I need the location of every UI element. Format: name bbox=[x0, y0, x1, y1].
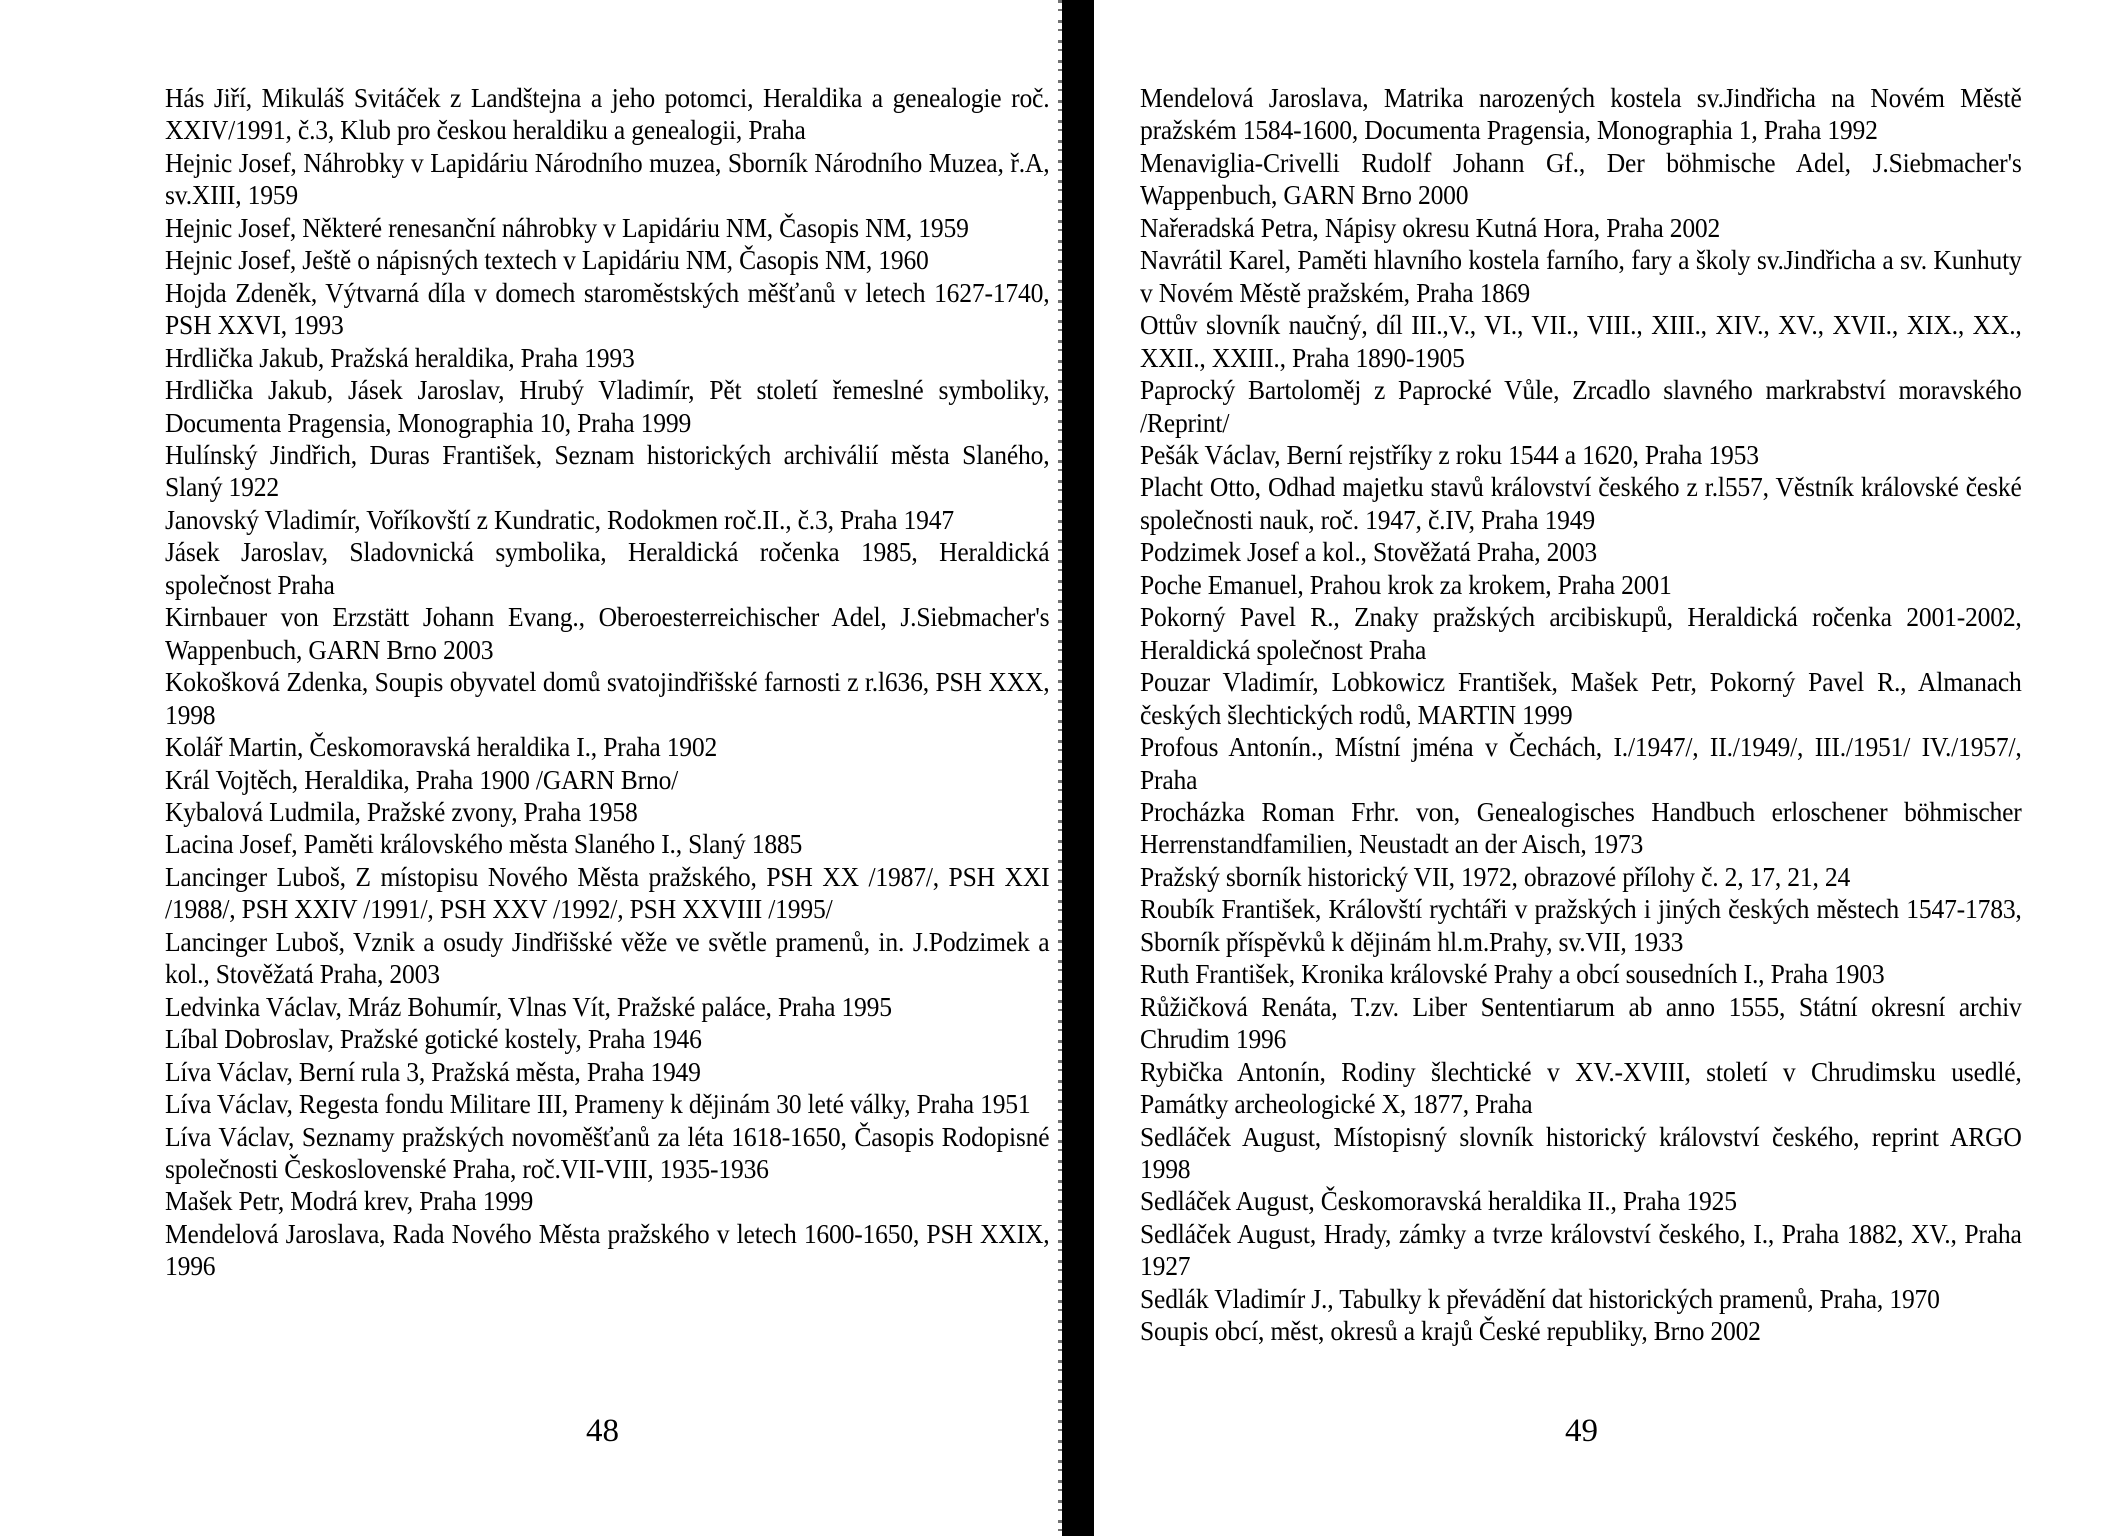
bibliography-entry: Mendelová Jaroslava, Rada Nového Města p… bbox=[165, 1218, 1049, 1283]
bibliography-entry: Pouzar Vladimír, Lobkowicz František, Ma… bbox=[1140, 666, 2022, 731]
bibliography-entry: Král Vojtěch, Heraldika, Praha 1900 /GAR… bbox=[165, 764, 1049, 796]
bibliography-entry: Kokošková Zdenka, Soupis obyvatel domů s… bbox=[165, 666, 1049, 731]
bibliography-entry: Růžičková Renáta, T.zv. Liber Sententiar… bbox=[1140, 991, 2022, 1056]
right-page: Mendelová Jaroslava, Matrika narozených … bbox=[1094, 0, 2112, 1536]
bibliography-entry: Kybalová Ludmila, Pražské zvony, Praha 1… bbox=[165, 796, 1049, 828]
bibliography-entry: Mendelová Jaroslava, Matrika narozených … bbox=[1140, 82, 2022, 147]
bibliography-entry: Hejnic Josef, Náhrobky v Lapidáriu Národ… bbox=[165, 147, 1049, 212]
book-spine bbox=[1062, 0, 1094, 1536]
bibliography-entry: Líbal Dobroslav, Pražské gotické kostely… bbox=[165, 1023, 1049, 1055]
bibliography-entry: Hrdlička Jakub, Jásek Jaroslav, Hrubý Vl… bbox=[165, 374, 1049, 439]
bibliography-entry: Líva Václav, Regesta fondu Militare III,… bbox=[165, 1088, 1049, 1120]
bibliography-entry: Rybička Antonín, Rodiny šlechtické v XV.… bbox=[1140, 1056, 2022, 1121]
bibliography-entry: Hás Jiří, Mikuláš Svitáček z Landštejna … bbox=[165, 82, 1049, 147]
bibliography-entry: Lancinger Luboš, Vznik a osudy Jindřišsk… bbox=[165, 926, 1049, 991]
bibliography-entry: Hojda Zdeněk, Výtvarná díla v domech sta… bbox=[165, 277, 1049, 342]
bibliography-entry: Poche Emanuel, Prahou krok za krokem, Pr… bbox=[1140, 569, 2022, 601]
bibliography-entry: Pražský sborník historický VII, 1972, ob… bbox=[1140, 861, 2022, 893]
bibliography-entry: Janovský Vladimír, Voříkovští z Kundrati… bbox=[165, 504, 1049, 536]
bibliography-list-left: Hás Jiří, Mikuláš Svitáček z Landštejna … bbox=[165, 82, 1049, 1283]
bibliography-list-right: Mendelová Jaroslava, Matrika narozených … bbox=[1140, 82, 2022, 1348]
bibliography-entry: Lacina Josef, Paměti královského města S… bbox=[165, 828, 1049, 860]
bibliography-entry: Hrdlička Jakub, Pražská heraldika, Praha… bbox=[165, 342, 1049, 374]
bibliography-entry: Sedláček August, Hrady, zámky a tvrze kr… bbox=[1140, 1218, 2022, 1283]
bibliography-entry: Soupis obcí, měst, okresů a krajů České … bbox=[1140, 1315, 2022, 1347]
bibliography-entry: Pokorný Pavel R., Znaky pražských arcibi… bbox=[1140, 601, 2022, 666]
bibliography-entry: Kirnbauer von Erzstätt Johann Evang., Ob… bbox=[165, 601, 1049, 666]
bibliography-entry: Sedláček August, Místopisný slovník hist… bbox=[1140, 1121, 2022, 1186]
bibliography-entry: Nařeradská Petra, Nápisy okresu Kutná Ho… bbox=[1140, 212, 2022, 244]
bibliography-entry: Mašek Petr, Modrá krev, Praha 1999 bbox=[165, 1185, 1049, 1217]
bibliography-entry: Navrátil Karel, Paměti hlavního kostela … bbox=[1140, 244, 2022, 309]
bibliography-entry: Roubík František, Královští rychtáři v p… bbox=[1140, 893, 2022, 958]
bibliography-entry: Hulínský Jindřich, Duras František, Sezn… bbox=[165, 439, 1049, 504]
bibliography-entry: Líva Václav, Berní rula 3, Pražská města… bbox=[165, 1056, 1049, 1088]
bibliography-entry: Profous Antonín., Místní jména v Čechách… bbox=[1140, 731, 2022, 796]
bibliography-entry: Jásek Jaroslav, Sladovnická symbolika, H… bbox=[165, 536, 1049, 601]
bibliography-entry: Ledvinka Václav, Mráz Bohumír, Vlnas Vít… bbox=[165, 991, 1049, 1023]
left-page: Hás Jiří, Mikuláš Svitáček z Landštejna … bbox=[0, 0, 1062, 1536]
bibliography-entry: Lancinger Luboš, Z místopisu Nového Měst… bbox=[165, 861, 1049, 926]
bibliography-entry: Hejnic Josef, Některé renesanční náhrobk… bbox=[165, 212, 1049, 244]
bibliography-entry: Sedláček August, Českomoravská heraldika… bbox=[1140, 1185, 2022, 1217]
bibliography-entry: Sedlák Vladimír J., Tabulky k převádění … bbox=[1140, 1283, 2022, 1315]
page-number: 49 bbox=[1565, 1413, 1598, 1450]
bibliography-entry: Podzimek Josef a kol., Stověžatá Praha, … bbox=[1140, 536, 2022, 568]
bibliography-entry: Placht Otto, Odhad majetku stavů královs… bbox=[1140, 471, 2022, 536]
bibliography-entry: Procházka Roman Frhr. von, Genealogische… bbox=[1140, 796, 2022, 861]
bibliography-entry: Hejnic Josef, Ještě o nápisných textech … bbox=[165, 244, 1049, 276]
bibliography-entry: Kolář Martin, Českomoravská heraldika I.… bbox=[165, 731, 1049, 763]
bibliography-entry: Paprocký Bartoloměj z Paprocké Vůle, Zrc… bbox=[1140, 374, 2022, 439]
bibliography-entry: Ruth František, Kronika královské Prahy … bbox=[1140, 958, 2022, 990]
bibliography-entry: Líva Václav, Seznamy pražských novoměšťa… bbox=[165, 1121, 1049, 1186]
bibliography-entry: Menaviglia-Crivelli Rudolf Johann Gf., D… bbox=[1140, 147, 2022, 212]
bibliography-entry: Pešák Václav, Berní rejstříky z roku 154… bbox=[1140, 439, 2022, 471]
page-number: 48 bbox=[586, 1413, 619, 1450]
bibliography-entry: Ottův slovník naučný, díl III.,V., VI., … bbox=[1140, 309, 2022, 374]
